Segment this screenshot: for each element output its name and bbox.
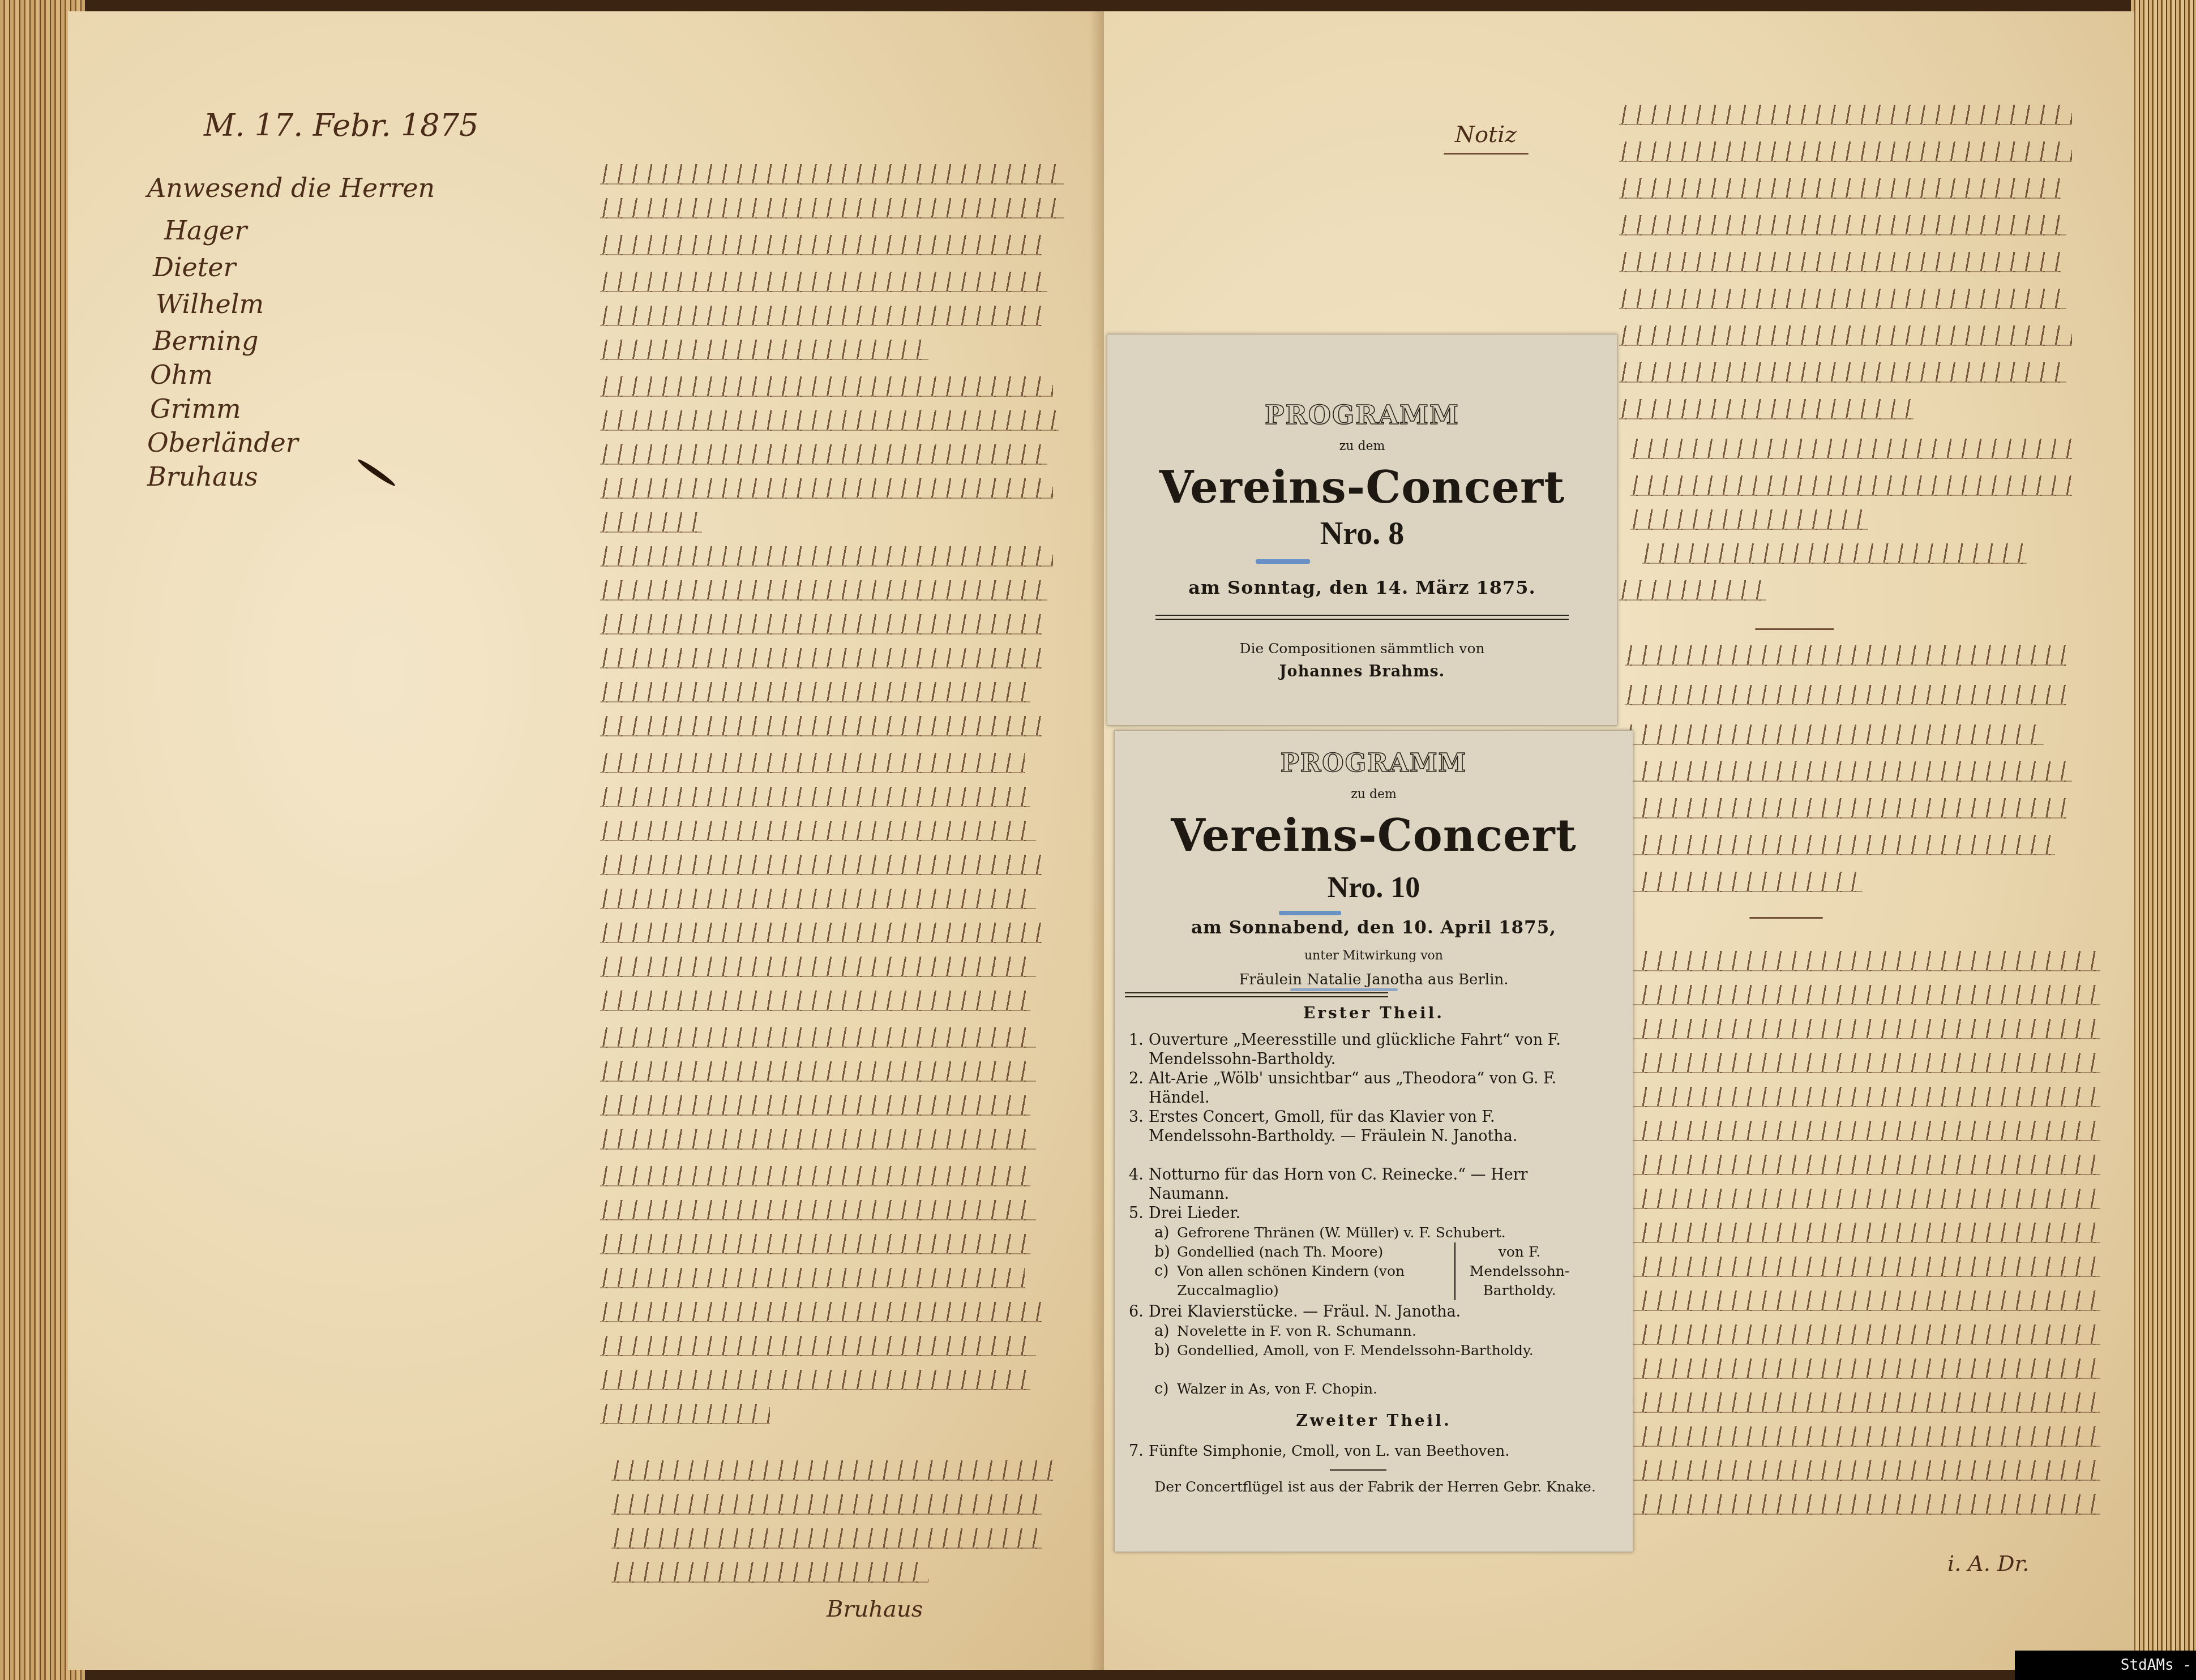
sub-item: Novelette in F. von R. Schumann. [1177, 1322, 1416, 1341]
attendee: Wilhelm [156, 289, 264, 319]
short-rule [1330, 1469, 1386, 1471]
programme-item: Drei Lieder. [1149, 1204, 1240, 1223]
programme-clipping-nro-8: PROGRAMM zu dem Vereins-Concert Nro. 8 a… [1107, 334, 1617, 726]
attendee: Bruhaus [147, 461, 258, 492]
sub-item: Gefrorene Thränen (W. Müller) v. F. Schu… [1177, 1223, 1506, 1242]
programme-item: Notturno für das Horn von C. Reinecke.“ … [1149, 1165, 1602, 1204]
archive-stamp: StdAMs - MV_002a_247 [2015, 1651, 2196, 1680]
attendee: Ohm [150, 359, 213, 390]
programme-item: Alt-Arie „Wölb' unsichtbar“ aus „Theodor… [1149, 1069, 1602, 1108]
item-number: 4. [1129, 1165, 1144, 1185]
programme-item: Ouverture „Meeresstille und glückliche F… [1149, 1031, 1602, 1069]
sub-item: Von allen schönen Kindern (von Zuccalmag… [1177, 1262, 1415, 1300]
concert-title: Vereins-Concert [1107, 462, 1617, 513]
programm-heading: PROGRAMM [1107, 400, 1617, 430]
programme-clipping-nro-10: PROGRAMM zu dem Vereins-Concert Nro. 10 … [1114, 730, 1633, 1552]
sub-item-key: b) [1154, 1341, 1170, 1360]
attendance-heading: Anwesend die Herren [147, 173, 435, 203]
double-rule [1155, 615, 1569, 620]
concert-date: am Sonntag, den 14. März 1875. [1107, 577, 1617, 598]
sub-item-key: c) [1154, 1379, 1169, 1399]
attendee: Berning [153, 325, 258, 356]
mitwirkung: unter Mitwirkung von [1115, 949, 1633, 963]
item-number: 5. [1129, 1204, 1144, 1223]
page-edges-right [2131, 0, 2196, 1680]
sub-item: Walzer in As, von F. Chopin. [1177, 1379, 1377, 1399]
attendee: Grimm [150, 393, 241, 424]
blue-pencil-underline [1279, 911, 1341, 915]
part2-title: Zweiter Theil. [1115, 1411, 1633, 1430]
attendee: Hager [164, 215, 247, 246]
item-number: 7. [1129, 1442, 1144, 1461]
sub-item: Gondellied (nach Th. Moore) [1177, 1242, 1383, 1262]
concert-number: Nro. 8 [1107, 516, 1617, 552]
item-number: 1. [1129, 1031, 1144, 1050]
item-number: 6. [1129, 1302, 1144, 1322]
composer-note: Die Compositionen sämmtlich von [1107, 640, 1617, 657]
ink-blot [356, 457, 396, 488]
blue-pencil-underline [1290, 988, 1398, 991]
margin-note: Notiz [1455, 122, 1517, 148]
item-number: 2. [1129, 1069, 1144, 1088]
double-rule [1125, 992, 1388, 997]
closing-initials: i. A. Dr. [1947, 1551, 2029, 1576]
item-number: 3. [1129, 1108, 1144, 1127]
programme-item: Fünfte Simphonie, Cmoll, von L. van Beet… [1149, 1442, 1510, 1461]
concert-date: am Sonnabend, den 10. April 1875, [1115, 918, 1633, 938]
date-heading: M. 17. Febr. 1875 [204, 108, 478, 143]
sub-item-key: a) [1154, 1223, 1170, 1242]
programm-heading: PROGRAMM [1115, 749, 1633, 778]
sub-item-key: c) [1154, 1262, 1169, 1281]
concert-number: Nro. 10 [1115, 871, 1633, 905]
sub-item-key: a) [1154, 1322, 1170, 1341]
left-page: M. 17. Febr. 1875 Anwesend die Herren Ha… [68, 11, 1105, 1670]
composer-name: Johannes Brahms. [1107, 663, 1617, 680]
book-spread: M. 17. Febr. 1875 Anwesend die Herren Ha… [0, 0, 2196, 1680]
piano-maker-note: Der Concertflügel ist aus der Fabrik der… [1149, 1478, 1602, 1496]
attendee: Oberländer [147, 427, 298, 458]
signature: Bruhaus [827, 1596, 923, 1622]
lieder-composer: von F. Mendelssohn-Bartholdy. [1454, 1242, 1579, 1300]
programme-item: Drei Klavierstücke. — Fräul. N. Janotha. [1149, 1302, 1461, 1322]
programme-item: Erstes Concert, Gmoll, für das Klavier v… [1149, 1108, 1602, 1146]
blue-pencil-underline [1256, 559, 1310, 564]
zu-dem: zu dem [1115, 787, 1633, 802]
zu-dem: zu dem [1107, 439, 1617, 453]
soloist: Fräulein Natalie Janotha aus Berlin. [1115, 971, 1633, 988]
sub-item-key: b) [1154, 1242, 1170, 1262]
concert-title: Vereins-Concert [1115, 810, 1633, 862]
part1-title: Erster Theil. [1115, 1004, 1633, 1022]
sub-item: Gondellied, Amoll, von F. Mendelssohn-Ba… [1177, 1341, 1573, 1360]
attendee: Dieter [153, 252, 236, 282]
